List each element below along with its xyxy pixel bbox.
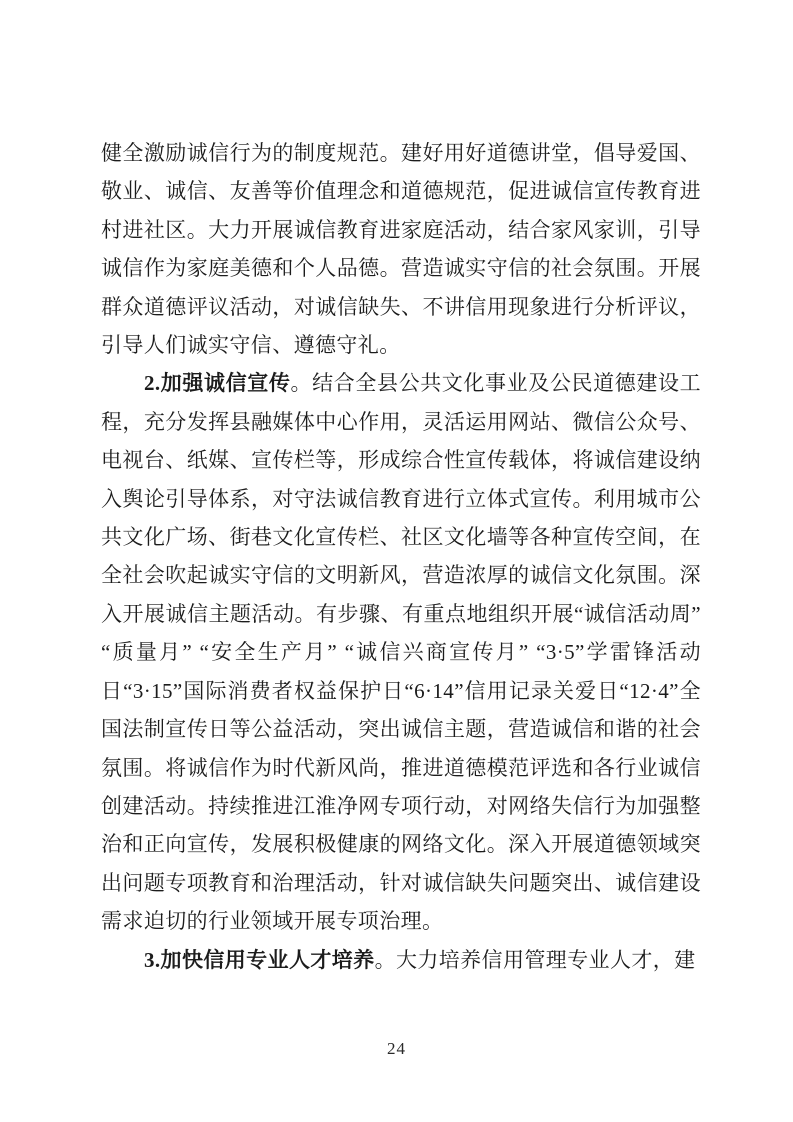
paragraph: 健全激励诚信行为的制度规范。建好用好道德讲堂，倡导爱国、敬业、诚信、友善等价值理…: [101, 134, 701, 364]
paragraph-text: 。结合全县公共文化事业及公民道德建设工程，充分发挥县融媒体中心作用，灵活运用网站…: [101, 371, 701, 933]
document-page: 健全激励诚信行为的制度规范。建好用好道德讲堂，倡导爱国、敬业、诚信、友善等价值理…: [0, 0, 793, 1122]
paragraph-heading-lead: 3.加快信用专业人才培养: [144, 948, 375, 972]
document-body: 健全激励诚信行为的制度规范。建好用好道德讲堂，倡导爱国、敬业、诚信、友善等价值理…: [101, 134, 701, 979]
paragraph: 2.加强诚信宣传。结合全县公共文化事业及公民道德建设工程，充分发挥县融媒体中心作…: [101, 364, 701, 940]
paragraph-text: 。大力培养信用管理专业人才，建: [375, 948, 696, 972]
paragraph-heading-lead: 2.加强诚信宣传: [144, 371, 290, 395]
paragraph: 3.加快信用专业人才培养。大力培养信用管理专业人才，建: [101, 941, 701, 979]
paragraph-text: 健全激励诚信行为的制度规范。建好用好道德讲堂，倡导爱国、敬业、诚信、友善等价值理…: [101, 141, 701, 357]
page-number: 24: [0, 1039, 793, 1059]
